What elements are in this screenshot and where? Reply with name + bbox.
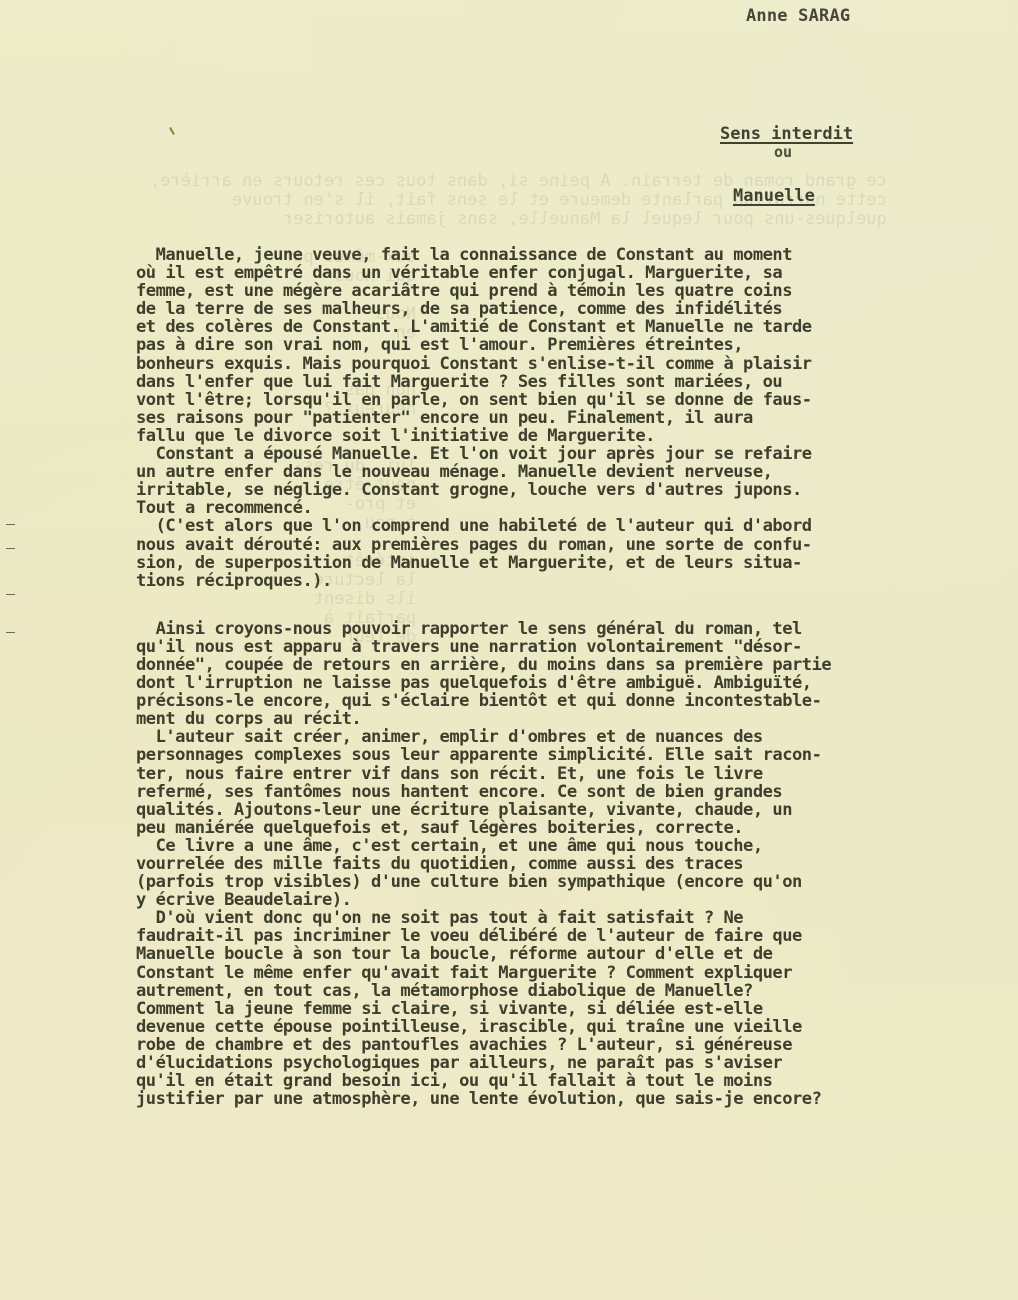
text-line: tions réciproques.). xyxy=(136,572,1016,590)
text-line: autrement, en tout cas, la métamorphose … xyxy=(136,982,1016,1000)
text-line: vont l'être; lorsqu'il en parle, on sent… xyxy=(136,391,1016,409)
text-line: Manuelle, jeune veuve, fait la connaissa… xyxy=(136,246,1016,264)
text-line: où il est empêtré dans un véritable enfe… xyxy=(136,264,1016,282)
author-name: Anne SARAG xyxy=(746,6,850,26)
text-line: personnages complexes sous leur apparent… xyxy=(136,746,1016,764)
text-line: un autre enfer dans le nouveau ménage. M… xyxy=(136,463,1016,481)
text-line: d'élucidations psychologiques par ailleu… xyxy=(136,1054,1016,1072)
paragraph: Manuelle, jeune veuve, fait la connaissa… xyxy=(136,246,1016,445)
text-line: et des colères de Constant. L'amitié de … xyxy=(136,318,1016,336)
text-line: qu'il en était grand besoin ici, ou qu'i… xyxy=(136,1072,1016,1090)
text-line: justifier par une atmosphère, une lente … xyxy=(136,1090,1016,1108)
text-line: Manuelle boucle à son tour la boucle, ré… xyxy=(136,945,1016,963)
text-line: ter, nous faire entrer vif dans son réci… xyxy=(136,765,1016,783)
paragraph: Ce livre a une âme, c'est certain, et un… xyxy=(136,837,1016,909)
text-line: faudrait-il pas incriminer le voeu délib… xyxy=(136,927,1016,945)
text-line: pas à dire son vrai nom, qui est l'amour… xyxy=(136,336,1016,354)
text-line: Comment la jeune femme si claire, si viv… xyxy=(136,1000,1016,1018)
show-through-line: quelques-uns pour lequel la Manuelle, sa… xyxy=(150,210,887,229)
paragraph: D'où vient donc qu'on ne soit pas tout à… xyxy=(136,909,1016,1108)
paragraph: Constant a épousé Manuelle. Et l'on voit… xyxy=(136,445,1016,517)
text-line: refermé, ses fantômes nous hantent encor… xyxy=(136,783,1016,801)
text-line: devenue cette épouse pointilleuse, irasc… xyxy=(136,1018,1016,1036)
margin-mark xyxy=(6,548,15,549)
text-line: sion, de superposition de Manuelle et Ma… xyxy=(136,554,1016,572)
text-line: vourrelée des mille faits du quotidien, … xyxy=(136,855,1016,873)
text-line: (C'est alors que l'on comprend une habil… xyxy=(136,517,1016,535)
text-line: Ce livre a une âme, c'est certain, et un… xyxy=(136,837,1016,855)
text-line: qu'il nous est apparu à travers une narr… xyxy=(136,638,1016,656)
margin-mark xyxy=(6,524,15,525)
text-line: nous avait dérouté: aux premières pages … xyxy=(136,536,1016,554)
text-line: L'auteur sait créer, animer, emplir d'om… xyxy=(136,728,1016,746)
text-line: ses raisons pour "patienter" encore un p… xyxy=(136,409,1016,427)
text-line: donnée", coupée de retours en arrière, d… xyxy=(136,656,1016,674)
review-body: Manuelle, jeune veuve, fait la connaissa… xyxy=(136,246,1016,1108)
text-line: Tout a recommencé. xyxy=(136,499,1016,517)
margin-mark xyxy=(6,632,15,633)
paragraph: Ainsi croyons-nous pouvoir rapporter le … xyxy=(136,620,1016,729)
margin-mark xyxy=(6,594,15,595)
text-line: Constant le même enfer qu'avait fait Mar… xyxy=(136,964,1016,982)
document-title: Sens interdit xyxy=(720,124,853,144)
text-line: de la terre de ses malheurs, de sa patie… xyxy=(136,300,1016,318)
paragraph-gap xyxy=(136,590,1016,620)
title-connector: ou xyxy=(774,143,792,161)
text-line: (parfois trop visibles) d'une culture bi… xyxy=(136,873,1016,891)
text-line: peu maniérée quelquefois et, sauf légère… xyxy=(136,819,1016,837)
paragraph: (C'est alors que l'on comprend une habil… xyxy=(136,517,1016,589)
paragraph: L'auteur sait créer, animer, emplir d'om… xyxy=(136,728,1016,837)
document-subtitle: Manuelle xyxy=(733,186,815,206)
text-line: Constant a épousé Manuelle. Et l'on voit… xyxy=(136,445,1016,463)
text-line: robe de chambre et des pantoufles avachi… xyxy=(136,1036,1016,1054)
text-line: Ainsi croyons-nous pouvoir rapporter le … xyxy=(136,620,1016,638)
pencil-mark xyxy=(169,127,175,135)
text-line: fallu que le divorce soit l'initiative d… xyxy=(136,427,1016,445)
text-line: précisons-le encore, qui s'éclaire bient… xyxy=(136,692,1016,710)
text-line: femme, est une mégère acariâtre qui pren… xyxy=(136,282,1016,300)
text-line: ment du corps au récit. xyxy=(136,710,1016,728)
typed-letter-page: ce grand roman de terrain. A peine si, d… xyxy=(0,0,1018,1300)
text-line: bonheurs exquis. Mais pourquoi Constant … xyxy=(136,355,1016,373)
text-line: dans l'enfer que lui fait Marguerite ? S… xyxy=(136,373,1016,391)
text-line: y écrive Beaudelaire). xyxy=(136,891,1016,909)
text-line: dont l'irruption ne laisse pas quelquefo… xyxy=(136,674,1016,692)
text-line: D'où vient donc qu'on ne soit pas tout à… xyxy=(136,909,1016,927)
text-line: qualités. Ajoutons-leur une écriture pla… xyxy=(136,801,1016,819)
text-line: irritable, se néglige. Constant grogne, … xyxy=(136,481,1016,499)
